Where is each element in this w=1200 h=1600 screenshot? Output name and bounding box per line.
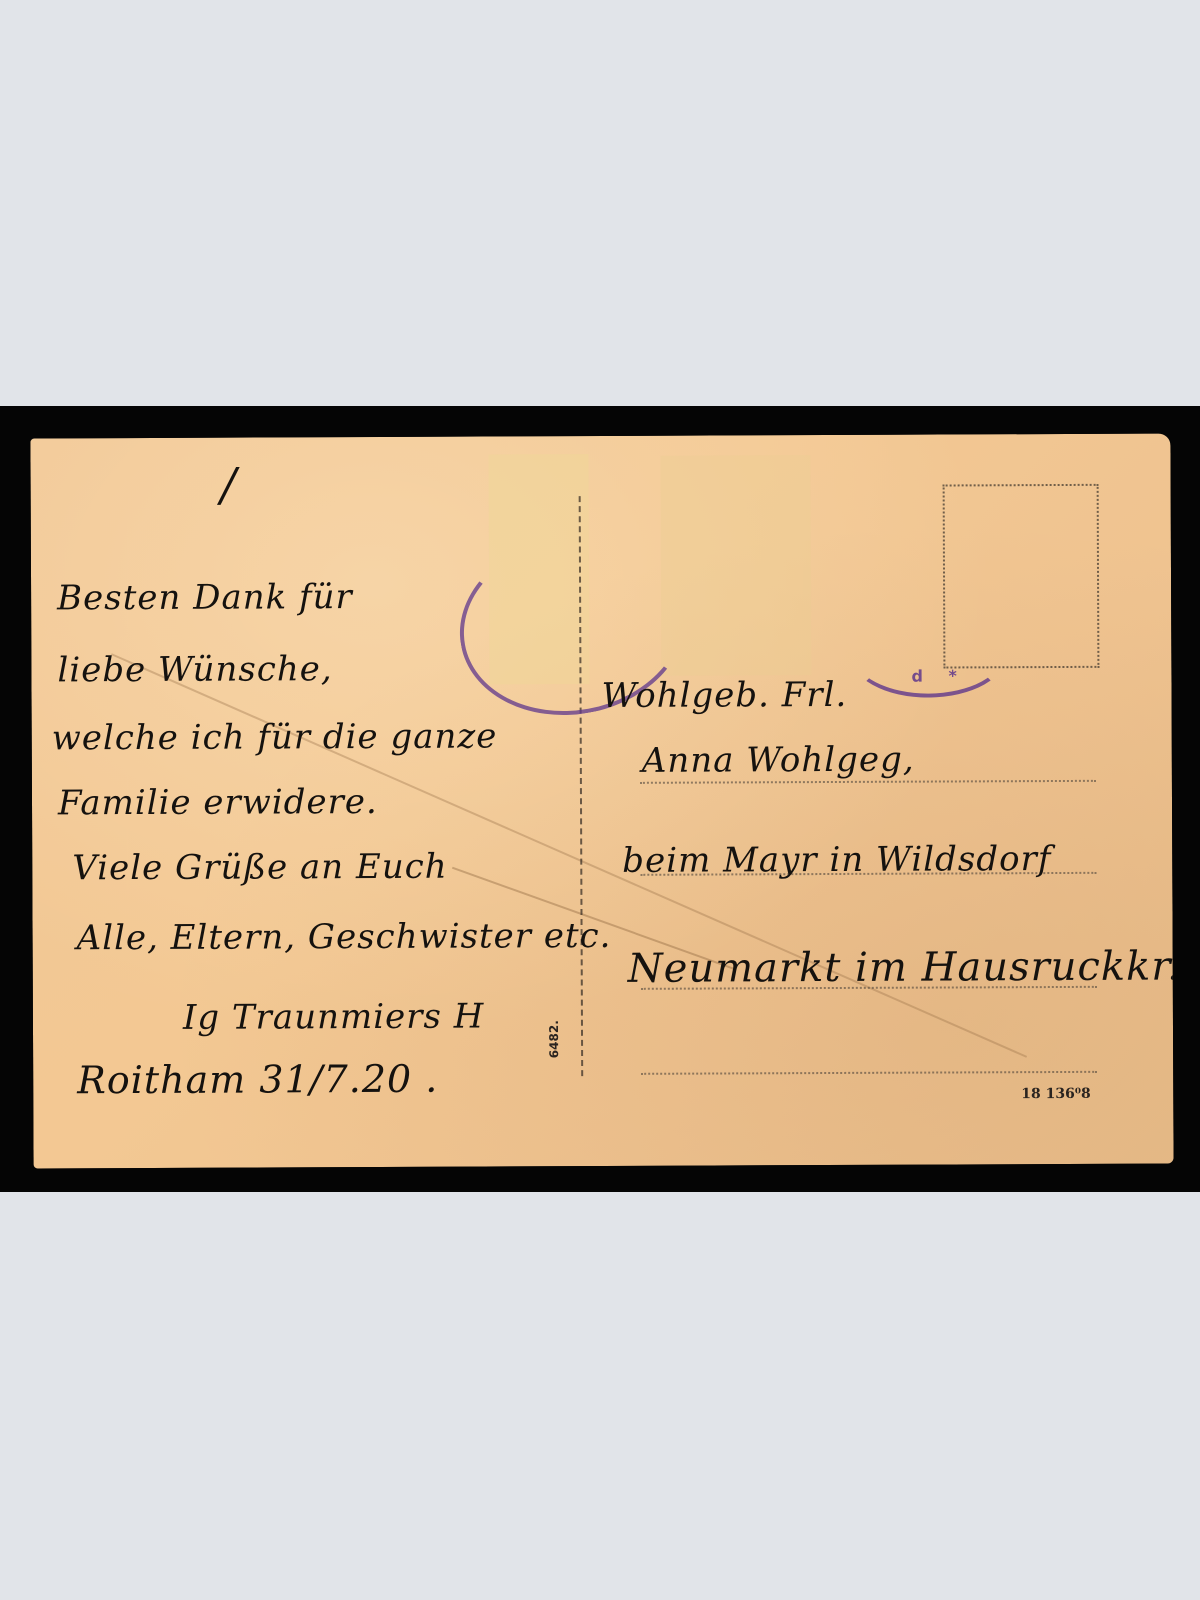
side-print-number: 6482. [547, 1020, 561, 1058]
address-recipient-name: Anna Wohlgeg, [642, 740, 915, 781]
address-line-rule [641, 1071, 1097, 1075]
address-town: Neumarkt im Hausruckkr. [628, 943, 1174, 991]
postcard-back: d * / Besten Dank für liebe Wünsche, wel… [30, 434, 1173, 1169]
message-line: Besten Dank für [57, 577, 353, 618]
stamp-residue [660, 455, 811, 676]
message-mark: / [220, 458, 237, 512]
catalog-number: 18 136⁰8 [1021, 1086, 1091, 1102]
message-line: Viele Grüße an Euch [72, 847, 448, 889]
signature: Ig Traunmiers H [183, 997, 485, 1038]
message-line: Familie erwidere. [58, 782, 378, 823]
address-care-of: beim Mayr in Wildsdorf [622, 839, 1051, 881]
page: d * / Besten Dank für liebe Wünsche, wel… [0, 0, 1200, 1600]
message-line: welche ich für die ganze [52, 716, 498, 758]
address-salutation: Wohlgeb. Frl. [601, 675, 847, 716]
photo-black-background: d * / Besten Dank für liebe Wünsche, wel… [0, 406, 1200, 1192]
place-date: Roitham 31/7.20 . [77, 1057, 438, 1103]
message-line: Alle, Eltern, Geschwister etc. [77, 916, 612, 958]
postmark-text: d * [911, 666, 966, 685]
message-line: liebe Wünsche, [57, 649, 332, 690]
